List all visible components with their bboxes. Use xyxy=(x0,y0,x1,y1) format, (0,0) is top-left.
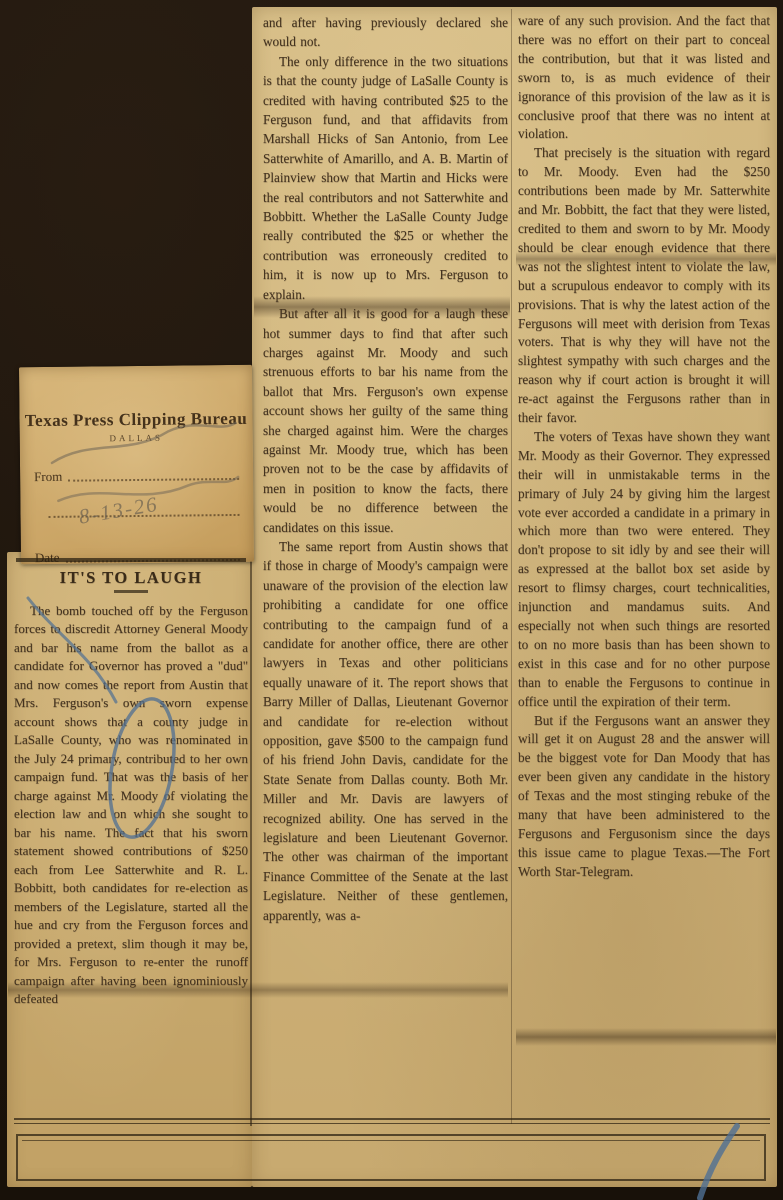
bureau-city: DALLAS xyxy=(20,432,253,444)
bottom-rule-thin xyxy=(14,1123,770,1124)
from-label: From xyxy=(34,469,62,485)
column-rule xyxy=(511,9,512,1124)
article-paragraph: That precisely is the situation with reg… xyxy=(518,144,770,428)
article-paragraph: and after having previously declared she… xyxy=(263,13,508,52)
article-paragraph: ware of any such provision. And the fact… xyxy=(518,12,770,144)
label-content: Texas Press Clipping Bureau DALLAS From … xyxy=(19,365,254,564)
article-paragraph: The only difference in the two situation… xyxy=(263,52,508,304)
article-paragraph: The bomb touched off by the Ferguson for… xyxy=(14,602,248,1009)
article-paragraph: But if the Fergusons want an answer they… xyxy=(518,712,770,882)
article-column-3: ware of any such provision. And the fact… xyxy=(518,12,770,882)
handwritten-date: 8-13-26 xyxy=(77,492,161,530)
clipping-bureau-label: Texas Press Clipping Bureau DALLAS From … xyxy=(19,365,254,564)
article-paragraph: The voters of Texas have shown they want… xyxy=(518,428,770,712)
article-column-1: IT'S TO LAUGH The bomb touched off by th… xyxy=(14,558,248,1009)
clipping-edge-shadow xyxy=(250,556,252,1126)
scrapbook-page: Texas Press Clipping Bureau DALLAS From … xyxy=(0,0,783,1200)
handwriting-scribble xyxy=(19,365,254,564)
empty-advert-box-inner-rule xyxy=(22,1140,760,1141)
article-paragraph: The same report from Austin shows that i… xyxy=(263,537,508,925)
article-headline: IT'S TO LAUGH xyxy=(14,569,248,588)
headline-top-rule xyxy=(16,558,246,562)
from-row: From xyxy=(34,467,239,485)
article-column-2: and after having previously declared she… xyxy=(263,13,508,925)
empty-advert-box xyxy=(16,1134,766,1181)
bottom-rule xyxy=(14,1118,770,1120)
headline-divider xyxy=(114,590,148,593)
from-dotted-line xyxy=(68,467,239,482)
bureau-name: Texas Press Clipping Bureau xyxy=(19,409,252,431)
article-paragraph: But after all it is good for a laugh the… xyxy=(263,304,508,537)
